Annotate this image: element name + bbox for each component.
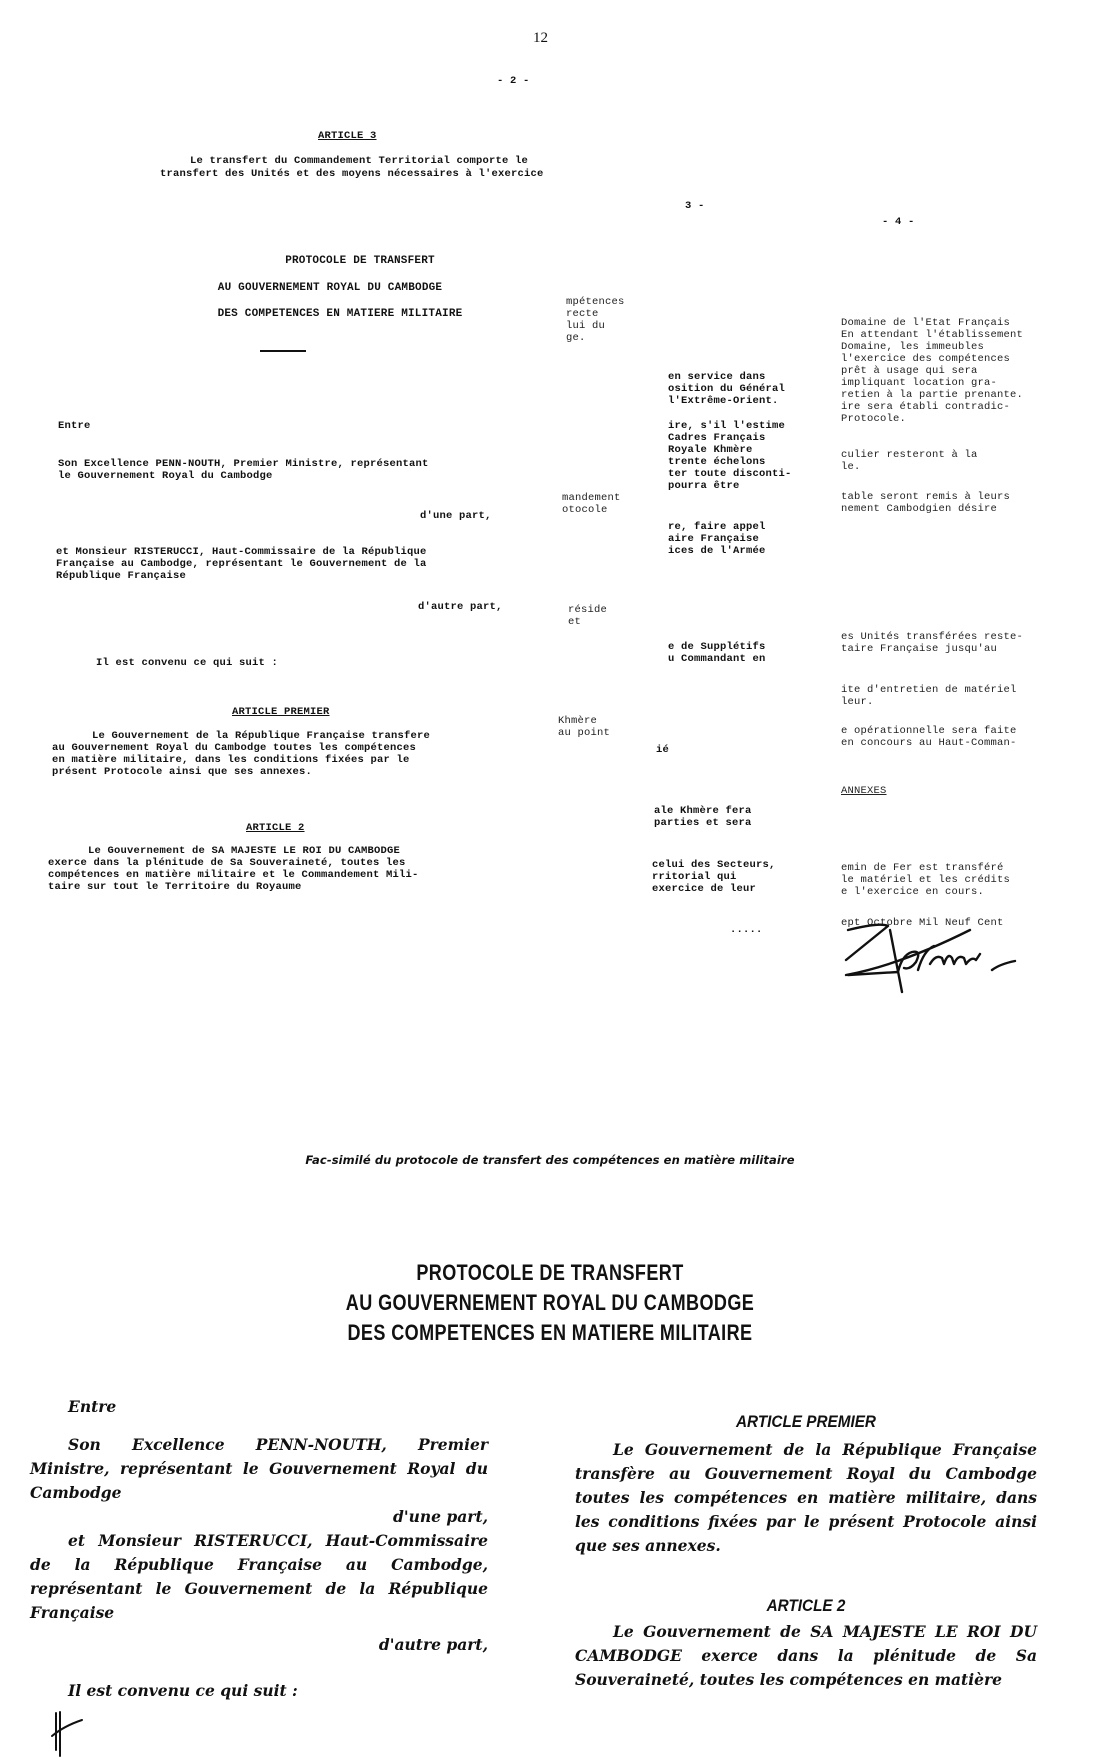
facsimile-article2-heading: ARTICLE 2: [246, 822, 305, 834]
page-marker: - 2 -: [497, 75, 530, 87]
fragment-block: table seront remis à leursnement Cambodg…: [841, 467, 1010, 539]
left-column: Entre Son Excellence PENN-NOUTH, Premier…: [30, 1395, 488, 1703]
facsimile-entre: Entre: [58, 420, 91, 432]
facsimile-article1-line: présent Protocole ainsi que ses annexes.: [52, 766, 312, 778]
divider: [260, 350, 306, 352]
facsimile-title-line: DES COMPETENCES EN MATIERE MILITAIRE: [130, 308, 550, 321]
facsimile-party2-line: Française au Cambodge, représentant le G…: [56, 558, 427, 570]
prev-article-line: transfert des Unités et des moyens néces…: [160, 168, 544, 180]
facsimile-dune-part: d'une part,: [420, 510, 492, 522]
facsimile-article1-heading: ARTICLE PREMIER: [232, 706, 330, 718]
facsimile-dautre-part: d'autre part,: [418, 601, 503, 613]
facsimile-article1-line: Le Gouvernement de la République Françai…: [92, 730, 430, 742]
title-line: PROTOCOLE DE TRANSFERT: [304, 1258, 796, 1288]
dune-part: d'une part,: [30, 1505, 488, 1529]
title-line: AU GOUVERNEMENT ROYAL DU CAMBODGE: [304, 1288, 796, 1318]
article2-heading: ARTICLE 2: [598, 1594, 1014, 1618]
fragment-block: mpétencesrectelui duge.: [566, 272, 625, 368]
facsimile-party1-line: le Gouvernement Royal du Cambodge: [58, 470, 273, 482]
convenu-text: Il est convenu ce qui suit :: [30, 1679, 488, 1703]
facsimile-article1-line: en matière militaire, dans les condition…: [52, 754, 410, 766]
transcription-title: PROTOCOLE DE TRANSFERT AU GOUVERNEMENT R…: [250, 1258, 850, 1348]
fragment-block: mandementotocole: [562, 468, 621, 540]
figure-caption: Fac-similé du protocole de transfert des…: [0, 1153, 1100, 1167]
facsimile-party2-line: République Française: [56, 570, 186, 582]
party2-text: et Monsieur RISTERUCCI, Haut-Commissaire…: [30, 1529, 488, 1625]
facsimile-article1-line: au Gouvernement Royal du Cambodge toutes…: [52, 742, 416, 754]
fragment-block: e opérationnelle sera faiteen concours a…: [841, 701, 1017, 773]
facsimile-party2-line: et Monsieur RISTERUCCI, Haut-Commissaire…: [56, 546, 427, 558]
fragment-block: e de Supplétifsu Commandant en: [668, 617, 766, 689]
article1-heading: ARTICLE PREMIER: [598, 1410, 1014, 1434]
signature-icon: [840, 920, 1040, 1010]
facsimile-convenu: Il est convenu ce qui suit :: [96, 657, 278, 669]
right-column: ARTICLE PREMIER Le Gouvernement de la Ré…: [575, 1410, 1037, 1692]
facsimile-party1-line: Son Excellence PENN-NOUTH, Premier Minis…: [58, 458, 429, 470]
facsimile-title-line: PROTOCOLE DE TRANSFERT: [190, 255, 530, 268]
page-marker: - 4 -: [882, 216, 915, 228]
fragment-annexes-heading: ANNEXES: [841, 785, 887, 797]
article1-text: Le Gouvernement de la République Françai…: [575, 1438, 1037, 1558]
title-line: DES COMPETENCES EN MATIERE MILITAIRE: [304, 1318, 796, 1348]
facsimile-article2-line: exerce dans la plénitude de Sa Souverain…: [48, 857, 406, 869]
facsimile-title-line: AU GOUVERNEMENT ROYAL DU CAMBODGE: [130, 282, 530, 295]
page-number: 12: [533, 30, 548, 47]
fragment-block: re, faire appelaire Françaiseices de l'A…: [668, 497, 766, 581]
article2-text: Le Gouvernement de SA MAJESTE LE ROI DU …: [575, 1620, 1037, 1692]
facsimile-article2-line: Le Gouvernement de SA MAJESTE LE ROI DU …: [88, 845, 400, 857]
entre-label: Entre: [30, 1395, 488, 1419]
prev-article-heading: ARTICLE 3: [318, 130, 377, 142]
fragment-block: celui des Secteurs,rritorial quiexercice…: [652, 835, 776, 919]
page-marker: 3 -: [685, 200, 705, 212]
ellipsis-mark: .....: [730, 924, 763, 936]
prev-article-line: Le transfert du Commandement Territorial…: [190, 155, 528, 167]
fragment-block: résideet: [568, 580, 607, 652]
facsimile-article2-line: compétences en matière militaire et le C…: [48, 869, 419, 881]
party1-text: Son Excellence PENN-NOUTH, Premier Minis…: [30, 1433, 488, 1505]
fragment-block: Khmèreau point: [558, 691, 610, 763]
fragment-block: ié: [656, 720, 682, 780]
facsimile-article2-line: taire sur tout le Territoire du Royaume: [48, 881, 302, 893]
initials-icon: [50, 1710, 90, 1758]
dautre-part: d'autre part,: [30, 1633, 488, 1657]
